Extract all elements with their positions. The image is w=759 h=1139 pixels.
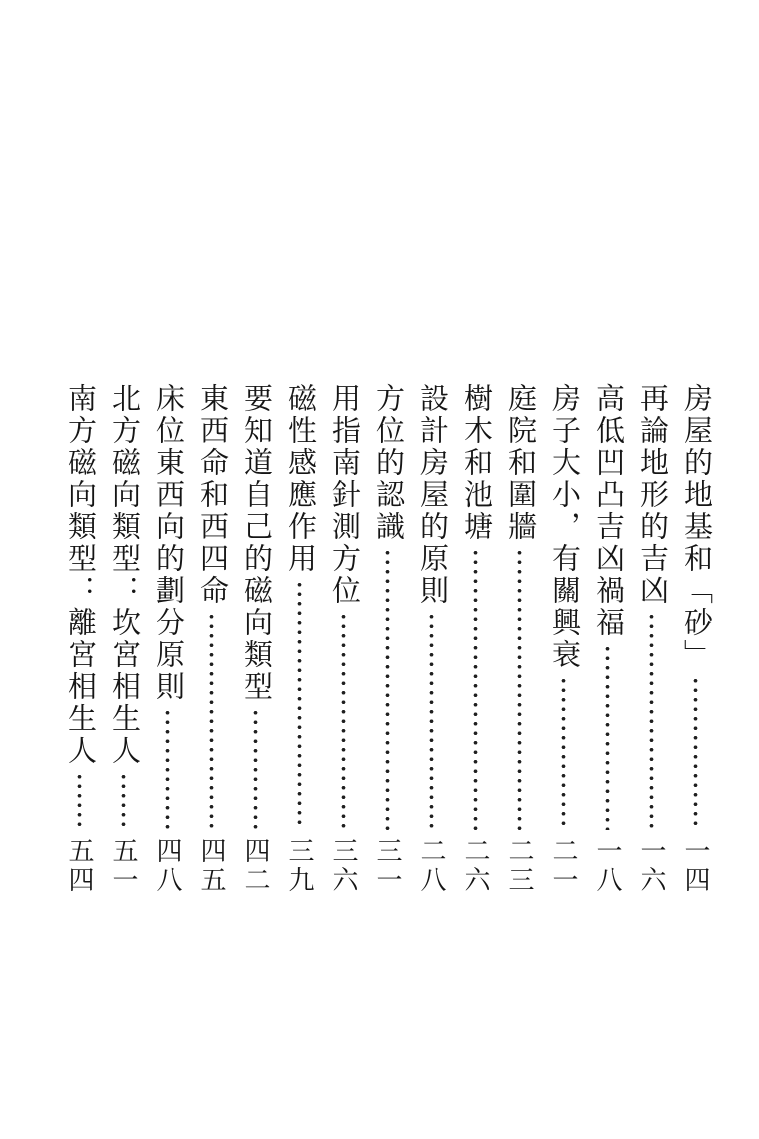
toc-entry-title: 東西命和西四命 — [196, 383, 227, 607]
toc-entry-page-number: 三一 — [372, 837, 403, 895]
toc-entry-page-number: 一六 — [636, 837, 667, 895]
dotted-leader — [548, 674, 579, 830]
dotted-leader — [504, 546, 535, 830]
toc-entry: 庭院和圍牆 二三 — [504, 383, 535, 895]
toc-entry-page-number: 二三 — [504, 837, 535, 895]
toc-entry: 用指南針測方位 三六 — [328, 383, 359, 895]
table-of-contents: 房屋的地基和「砂」 一四 再論地形的吉凶 一六 高低凹凸吉凶禍福 一八 房子大小… — [64, 383, 711, 895]
toc-entry-title: 要知道自己的磁向類型 — [240, 383, 271, 703]
toc-entry-title: 磁性感應作用 — [284, 383, 315, 575]
toc-entry-page-number: 一四 — [680, 837, 711, 895]
dotted-leader — [460, 546, 491, 830]
dotted-leader — [284, 578, 315, 830]
toc-entry-title: 設計房屋的原則 — [416, 383, 447, 607]
toc-entry-page-number: 四二 — [240, 837, 271, 895]
toc-entry-page-number: 二六 — [460, 837, 491, 895]
toc-entry-title: 再論地形的吉凶 — [636, 383, 667, 607]
toc-entry-page-number: 四五 — [196, 837, 227, 895]
toc-entry-title: 房子大小，有關興衰 — [548, 383, 579, 671]
toc-entry-title: 高低凹凸吉凶禍福 — [592, 383, 623, 639]
toc-entry: 房子大小，有關興衰 二一 — [548, 383, 579, 895]
dotted-leader — [328, 610, 359, 830]
toc-entry-page-number: 四八 — [152, 837, 183, 895]
dotted-leader — [196, 610, 227, 830]
toc-entry-title: 房屋的地基和「砂」 — [680, 383, 711, 671]
toc-entry-title: 樹木和池塘 — [460, 383, 491, 543]
toc-entry: 東西命和西四命 四五 — [196, 383, 227, 895]
dotted-leader — [636, 610, 667, 830]
toc-entry-title: 用指南針測方位 — [328, 383, 359, 607]
dotted-leader — [592, 642, 623, 830]
dotted-leader — [372, 546, 403, 830]
toc-entry: 床位東西向的劃分原則 四八 — [152, 383, 183, 895]
toc-entry: 再論地形的吉凶 一六 — [636, 383, 667, 895]
toc-entry: 南方磁向類型：離宮相生人 五四 — [64, 383, 95, 895]
toc-entry-page-number: 三六 — [328, 837, 359, 895]
toc-entry-title: 方位的認識 — [372, 383, 403, 543]
toc-entry: 要知道自己的磁向類型 四二 — [240, 383, 271, 895]
toc-entry-title: 南方磁向類型：離宮相生人 — [64, 383, 95, 767]
toc-entry: 房屋的地基和「砂」 一四 — [680, 383, 711, 895]
toc-entry: 樹木和池塘 二六 — [460, 383, 491, 895]
toc-entry: 高低凹凸吉凶禍福 一八 — [592, 383, 623, 895]
toc-entry-page-number: 二一 — [548, 837, 579, 895]
dotted-leader — [680, 674, 711, 830]
toc-entry-page-number: 五一 — [108, 837, 139, 895]
scanned-page-background: 房屋的地基和「砂」 一四 再論地形的吉凶 一六 高低凹凸吉凶禍福 一八 房子大小… — [0, 0, 759, 1139]
toc-entry-title: 庭院和圍牆 — [504, 383, 535, 543]
toc-entry-page-number: 五四 — [64, 837, 95, 895]
toc-entry-page-number: 三九 — [284, 837, 315, 895]
dotted-leader — [416, 610, 447, 830]
dotted-leader — [240, 706, 271, 830]
toc-entry: 方位的認識 三一 — [372, 383, 403, 895]
toc-entry-page-number: 一八 — [592, 837, 623, 895]
dotted-leader — [64, 770, 95, 830]
toc-entry-page-number: 二八 — [416, 837, 447, 895]
dotted-leader — [108, 770, 139, 830]
toc-entry-title: 北方磁向類型：坎宮相生人 — [108, 383, 139, 767]
toc-entry-title: 床位東西向的劃分原則 — [152, 383, 183, 703]
toc-entry: 北方磁向類型：坎宮相生人 五一 — [108, 383, 139, 895]
dotted-leader — [152, 706, 183, 830]
toc-entry: 設計房屋的原則 二八 — [416, 383, 447, 895]
toc-entry: 磁性感應作用 三九 — [284, 383, 315, 895]
